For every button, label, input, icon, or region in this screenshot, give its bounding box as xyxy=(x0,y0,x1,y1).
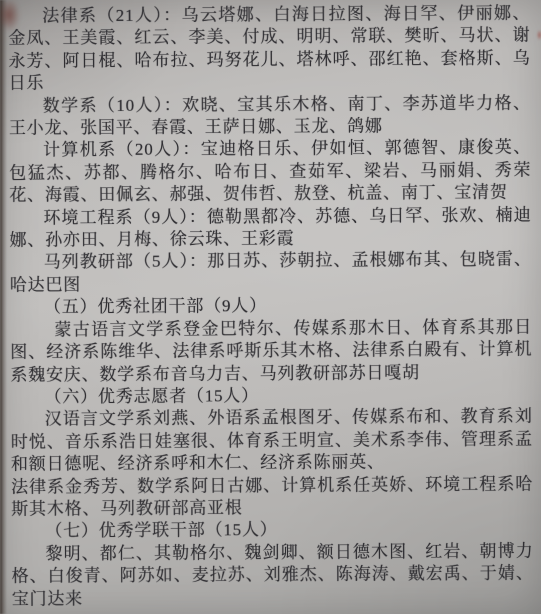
document-page: 法律系（21人）：乌云塔娜、白海日拉图、海日罕、伊丽娜、金凤、王美霞、红云、李美… xyxy=(8,2,534,610)
paragraph-dept-law: 法律系（21人）：乌云塔娜、白海日拉图、海日罕、伊丽娜、金凤、王美霞、红云、李美… xyxy=(8,2,531,95)
heading-section-6: （六）优秀志愿者（15人） xyxy=(10,383,532,409)
document-photo: 法律系（21人）：乌云塔娜、白海日拉图、海日罕、伊丽娜、金凤、王美霞、红云、李美… xyxy=(0,0,541,614)
paragraph-section-6-names-part1: 汉语言文学系刘燕、外语系孟根图牙、传媒系布和、教育系刘时悦、音乐系浩日娃塞很、体… xyxy=(11,406,533,476)
paragraph-dept-math: 数学系（10人）：欢晓、宝其乐木格、南丁、李苏道毕力格、王小龙、张国平、春霞、王… xyxy=(9,92,531,140)
photo-left-edge-shadow xyxy=(0,0,7,614)
heading-section-7: （七）优秀学联干部（15人） xyxy=(11,518,533,544)
photo-right-edge-red-speck xyxy=(536,28,541,42)
paragraph-section-7-names: 黎明、都仁、其勒格尔、魏剑卿、额日德木图、红岩、朝博力格、白俊青、阿苏如、麦拉苏… xyxy=(11,540,533,610)
paragraph-dept-marxism-leninism: 马列教研部（5人）：那日苏、莎朝拉、孟根娜布其、包晓雷、哈达巴图 xyxy=(10,249,532,297)
paragraph-dept-environment: 环境工程系（9人）：德勒黑都冷、苏德、乌日罕、张欢、楠迪娜、孙亦田、月梅、徐云珠… xyxy=(9,204,531,252)
paragraph-dept-computer: 计算机系（20人）：宝迪格日乐、伊如恒、郭德智、康俊英、包猛杰、苏都、腾格尔、哈… xyxy=(9,137,531,207)
paragraph-section-6-names-part2: 法律系金秀芳、数学系阿日古娜、计算机系任英娇、环境工程系哈斯其木格、马列教研部高… xyxy=(11,473,533,521)
heading-section-5: （五）优秀社团干部（9人） xyxy=(10,294,532,320)
paragraph-section-5-names: 蒙古语言文学系登金巴特尔、传媒系那木日、体育系其那日图、经济系陈维华、法律系呼斯… xyxy=(10,316,532,386)
